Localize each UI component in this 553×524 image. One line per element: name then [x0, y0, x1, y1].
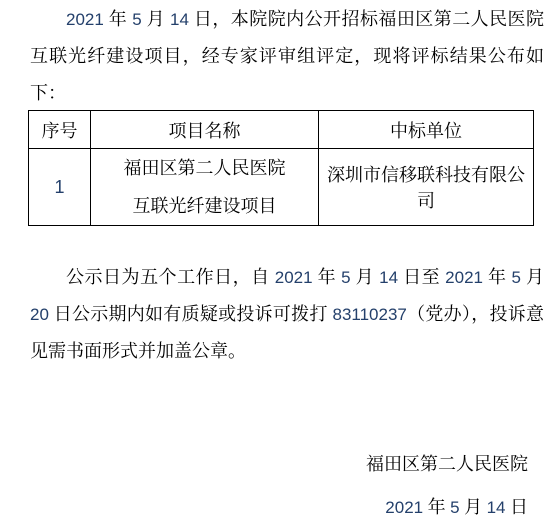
- announcement-document: 2021 年 5 月 14 日，本院院内公开招标福田区第二人民医院互联光纤建设项…: [0, 0, 553, 524]
- signature-date: 2021 年 5 月 14 日: [385, 495, 528, 520]
- column-header-project-name: 项目名称: [91, 111, 319, 149]
- cell-serial-number: 1: [29, 149, 91, 226]
- project-name-line-2: 互联光纤建设项目: [91, 187, 318, 225]
- cell-project-name: 福田区第二人民医院 互联光纤建设项目: [91, 149, 319, 226]
- intro-paragraph: 2021 年 5 月 14 日，本院院内公开招标福田区第二人民医院互联光纤建设项…: [30, 1, 544, 112]
- signature-organization: 福田区第二人民医院: [366, 452, 528, 476]
- publicity-period-paragraph: 公示日为五个工作日，自 2021 年 5 月 14 日至 2021 年 5 月 …: [30, 259, 544, 370]
- table-row: 1 福田区第二人民医院 互联光纤建设项目 深圳市信移联科技有限公司: [29, 149, 534, 226]
- cell-winning-bidder: 深圳市信移联科技有限公司: [319, 149, 534, 226]
- table-header-row: 序号 项目名称 中标单位: [29, 111, 534, 149]
- column-header-winning-bidder: 中标单位: [319, 111, 534, 149]
- project-name-line-1: 福田区第二人民医院: [91, 149, 318, 187]
- column-header-serial: 序号: [29, 111, 91, 149]
- bid-result-table: 序号 项目名称 中标单位 1 福田区第二人民医院 互联光纤建设项目 深圳市信移联…: [28, 110, 534, 226]
